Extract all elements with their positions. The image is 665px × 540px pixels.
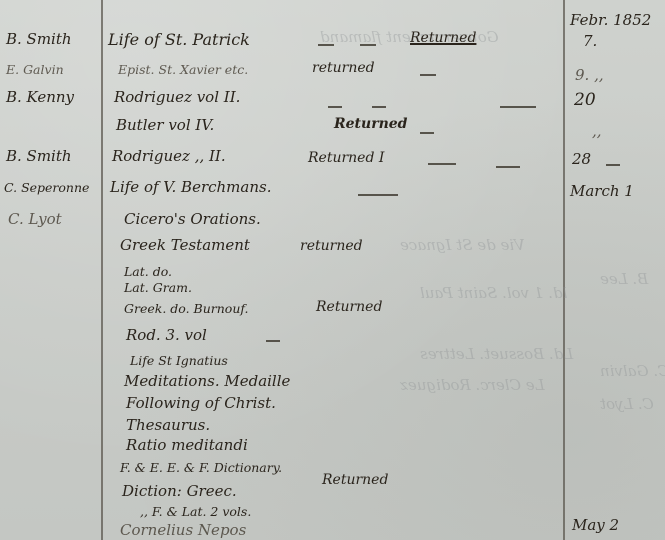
loan-date: ,, xyxy=(592,122,602,140)
borrower-name: B. Smith xyxy=(6,147,72,165)
book-title: Life of V. Berchmans. xyxy=(110,178,271,196)
book-title: Following of Christ. xyxy=(126,394,276,412)
book-title: Diction: Greec. xyxy=(122,482,237,500)
book-title: Thesaurus. xyxy=(126,416,210,434)
dash-separator xyxy=(328,106,342,108)
book-title: Life of St. Patrick xyxy=(108,30,250,49)
loan-date: 20 xyxy=(574,90,596,110)
book-title: Butler vol IV. xyxy=(116,116,214,134)
dash-separator xyxy=(606,164,620,166)
bleed-through-text: ld. 1 vol. Saint Paul xyxy=(420,284,567,302)
book-title: Lat. Gram. xyxy=(124,280,192,295)
loan-date: 7. xyxy=(583,32,597,50)
borrower-name: B. Smith xyxy=(6,30,72,48)
dash-separator xyxy=(420,74,436,76)
bleed-through-text: Ld. Bossuet. Lettres xyxy=(420,345,573,363)
borrower-name: E. Galvin xyxy=(6,62,64,77)
dash-separator xyxy=(372,106,386,108)
loan-date: 28 xyxy=(572,150,591,168)
dash-separator xyxy=(318,44,334,46)
return-status: returned xyxy=(300,238,363,254)
book-title: ,, F. & Lat. 2 vols. xyxy=(140,504,251,519)
date-heading: Febr. 1852 xyxy=(570,11,651,29)
book-title: Epist. St. Xavier etc. xyxy=(118,62,248,77)
book-title: Lat. do. xyxy=(124,264,172,279)
return-status: Returned xyxy=(334,116,407,132)
book-title: Cornelius Nepos xyxy=(120,521,246,539)
bleed-through-text: C. Galvin xyxy=(600,362,665,380)
book-title: Greek Testament xyxy=(120,236,250,254)
dash-separator xyxy=(496,166,520,168)
book-title: Life St Ignatius xyxy=(130,353,228,368)
book-title: Meditations. Medaille xyxy=(124,372,290,390)
dash-separator xyxy=(428,163,456,165)
loan-date: May 2 xyxy=(572,516,619,534)
bleed-through-text: B. Lee xyxy=(600,270,648,288)
dash-separator xyxy=(360,44,376,46)
return-status: Returned xyxy=(322,472,388,488)
borrower-name: C. Lyot xyxy=(8,210,62,228)
column-rule-borrower xyxy=(101,0,103,540)
book-title: Cicero's Orations. xyxy=(124,210,261,228)
dash-separator xyxy=(500,106,536,108)
book-title: Rodriguez vol II. xyxy=(114,88,240,106)
bleed-through-text: C. Lyot xyxy=(600,395,654,413)
return-status: returned xyxy=(312,60,375,76)
borrower-name: C. Seperonne xyxy=(4,180,89,195)
dash-separator xyxy=(358,194,398,196)
ledger-page: Gouvernement flamand Vie de St Ignace ld… xyxy=(0,0,665,540)
borrower-name: B. Kenny xyxy=(6,88,74,106)
book-title: Ratio meditandi xyxy=(126,436,248,454)
book-title: Rodriguez ,, II. xyxy=(112,147,226,165)
book-title: F. & E. E. & F. Dictionary. xyxy=(120,460,282,475)
dash-separator xyxy=(420,132,434,134)
return-status: Returned xyxy=(316,299,382,315)
dash-separator xyxy=(266,340,280,342)
loan-date: March 1 xyxy=(570,182,634,200)
return-status: Returned xyxy=(410,30,476,46)
column-rule-date xyxy=(563,0,565,540)
bleed-through-text: Vie de St Ignace xyxy=(400,236,525,254)
bleed-through-text: Le Clerc. Rodiguez xyxy=(400,376,545,394)
loan-date: 9. ,, xyxy=(575,66,604,84)
book-title: Rod. 3. vol xyxy=(126,326,207,344)
return-status: Returned I xyxy=(308,150,384,166)
book-title: Greek. do. Burnouf. xyxy=(124,301,249,316)
